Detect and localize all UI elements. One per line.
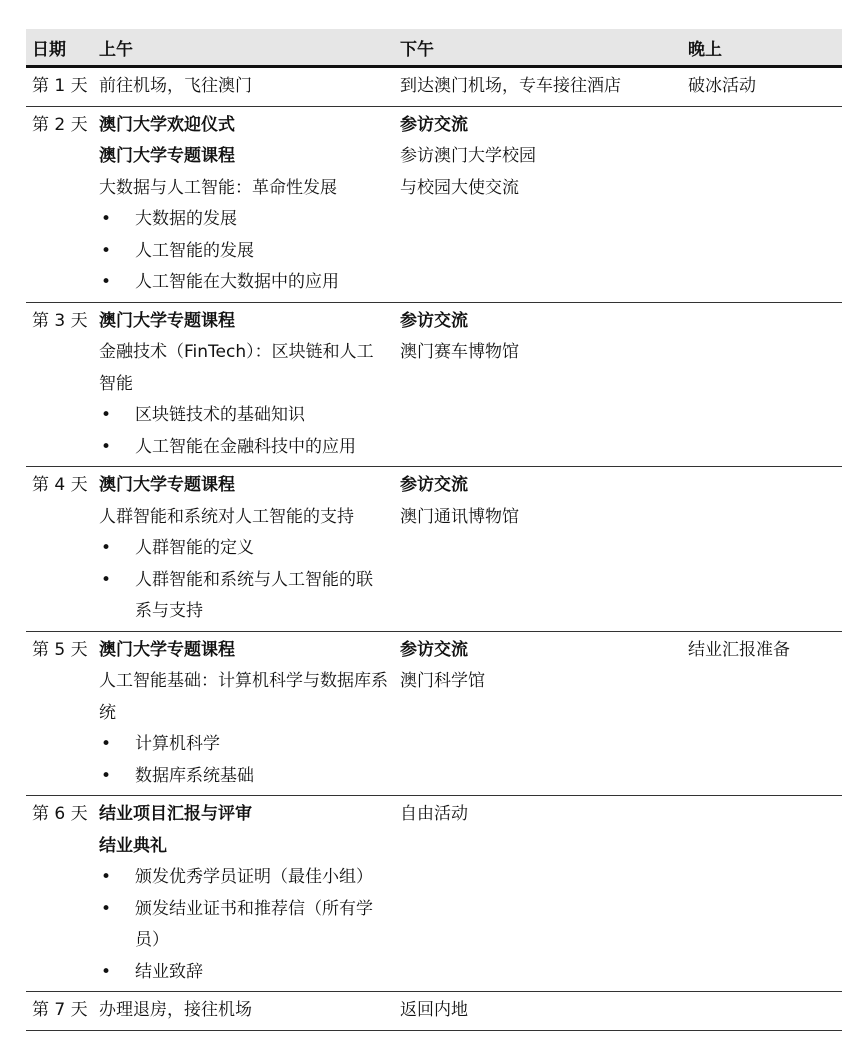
bullet-item: •数据库系统基础: [99, 761, 388, 793]
bullet-text: 数据库系统基础: [135, 761, 388, 793]
bullet-item: •大数据的发展: [99, 204, 388, 236]
activity-detail: 澳门赛车博物馆: [400, 337, 678, 369]
bullet-icon: •: [99, 236, 135, 268]
session-title: 澳门大学专题课程: [99, 306, 388, 338]
session-topic: 办理退房，接往机场: [99, 995, 388, 1027]
header-row: 日期 上午 下午 晚上: [26, 29, 842, 67]
morning-cell: 前往机场，飞往澳门: [93, 67, 394, 107]
bullet-icon: •: [99, 533, 135, 565]
session-title: 澳门大学专题课程: [99, 635, 388, 667]
morning-cell: 结业项目汇报与评审结业典礼•颁发优秀学员证明（最佳小组）•颁发结业证书和推荐信（…: [93, 796, 394, 992]
day-cell: 第 1 天: [26, 67, 93, 107]
activity-title: 参访交流: [400, 306, 678, 338]
bullet-item: •人工智能在大数据中的应用: [99, 267, 388, 299]
session-title: 澳门大学专题课程: [99, 141, 388, 173]
bullet-text: 人工智能在大数据中的应用: [135, 267, 388, 299]
activity-detail: 澳门科学馆: [400, 666, 678, 698]
table-row: 第 2 天澳门大学欢迎仪式澳门大学专题课程大数据与人工智能：革命性发展•大数据的…: [26, 106, 842, 302]
day-cell: 第 5 天: [26, 631, 93, 796]
evening-cell: 破冰活动: [682, 67, 842, 107]
bullet-item: •区块链技术的基础知识: [99, 400, 388, 432]
itinerary-table: 日期 上午 下午 晚上 第 1 天前往机场，飞往澳门到达澳门机场，专车接往酒店破…: [26, 29, 842, 1031]
bullet-item: •颁发结业证书和推荐信（所有学员）: [99, 894, 388, 957]
bullet-icon: •: [99, 729, 135, 761]
bullet-icon: •: [99, 565, 135, 628]
bullet-item: •人工智能在金融科技中的应用: [99, 432, 388, 464]
day-cell: 第 7 天: [26, 992, 93, 1031]
session-topic: 人工智能基础：计算机科学与数据库系统: [99, 666, 388, 729]
table-row: 第 1 天前往机场，飞往澳门到达澳门机场，专车接往酒店破冰活动: [26, 67, 842, 107]
table-row: 第 5 天澳门大学专题课程人工智能基础：计算机科学与数据库系统•计算机科学•数据…: [26, 631, 842, 796]
morning-cell: 澳门大学欢迎仪式澳门大学专题课程大数据与人工智能：革命性发展•大数据的发展•人工…: [93, 106, 394, 302]
afternoon-cell: 自由活动: [394, 796, 682, 992]
bullet-icon: •: [99, 862, 135, 894]
session-title: 澳门大学专题课程: [99, 470, 388, 502]
session-title: 澳门大学欢迎仪式: [99, 110, 388, 142]
bullet-item: •人群智能和系统与人工智能的联系与支持: [99, 565, 388, 628]
activity-title: 参访交流: [400, 635, 678, 667]
afternoon-cell: 到达澳门机场，专车接往酒店: [394, 67, 682, 107]
bullet-text: 结业致辞: [135, 957, 388, 989]
afternoon-cell: 返回内地: [394, 992, 682, 1031]
afternoon-cell: 参访交流澳门科学馆: [394, 631, 682, 796]
day-cell: 第 3 天: [26, 302, 93, 467]
activity-title: 参访交流: [400, 470, 678, 502]
bullet-icon: •: [99, 761, 135, 793]
session-topic: 前往机场，飞往澳门: [99, 71, 388, 103]
bullet-text: 人工智能的发展: [135, 236, 388, 268]
table-row: 第 7 天办理退房，接往机场返回内地: [26, 992, 842, 1031]
bullet-text: 大数据的发展: [135, 204, 388, 236]
bullet-icon: •: [99, 267, 135, 299]
day-cell: 第 2 天: [26, 106, 93, 302]
evening-cell: [682, 467, 842, 632]
bullet-text: 颁发优秀学员证明（最佳小组）: [135, 862, 388, 894]
day-cell: 第 6 天: [26, 796, 93, 992]
bullet-text: 人群智能的定义: [135, 533, 388, 565]
bullet-item: •人工智能的发展: [99, 236, 388, 268]
table-body: 第 1 天前往机场，飞往澳门到达澳门机场，专车接往酒店破冰活动第 2 天澳门大学…: [26, 67, 842, 1031]
bullet-item: •计算机科学: [99, 729, 388, 761]
activity-detail: 与校园大使交流: [400, 173, 678, 205]
bullet-text: 颁发结业证书和推荐信（所有学员）: [135, 894, 388, 957]
afternoon-cell: 参访交流澳门赛车博物馆: [394, 302, 682, 467]
session-topic: 人群智能和系统对人工智能的支持: [99, 502, 388, 534]
bullet-item: •人群智能的定义: [99, 533, 388, 565]
evening-cell: [682, 106, 842, 302]
day-cell: 第 4 天: [26, 467, 93, 632]
afternoon-cell: 参访交流澳门通讯博物馆: [394, 467, 682, 632]
activity-detail: 参访澳门大学校园: [400, 141, 678, 173]
bullet-item: •颁发优秀学员证明（最佳小组）: [99, 862, 388, 894]
activity-detail: 返回内地: [400, 995, 678, 1027]
table-header: 日期 上午 下午 晚上: [26, 29, 842, 67]
morning-cell: 澳门大学专题课程金融技术（FinTech）：区块链和人工智能•区块链技术的基础知…: [93, 302, 394, 467]
activity-detail: 到达澳门机场，专车接往酒店: [400, 71, 678, 103]
header-evening: 晚上: [682, 29, 842, 67]
activity-detail: 自由活动: [400, 799, 678, 831]
table-row: 第 4 天澳门大学专题课程人群智能和系统对人工智能的支持•人群智能的定义•人群智…: [26, 467, 842, 632]
activity-detail: 澳门通讯博物馆: [400, 502, 678, 534]
bullet-icon: •: [99, 204, 135, 236]
evening-cell: [682, 992, 842, 1031]
bullet-icon: •: [99, 400, 135, 432]
session-title: 结业典礼: [99, 831, 388, 863]
bullet-icon: •: [99, 894, 135, 957]
session-topic: 大数据与人工智能：革命性发展: [99, 173, 388, 205]
morning-cell: 澳门大学专题课程人群智能和系统对人工智能的支持•人群智能的定义•人群智能和系统与…: [93, 467, 394, 632]
evening-cell: 结业汇报准备: [682, 631, 842, 796]
evening-cell: [682, 302, 842, 467]
bullet-text: 人群智能和系统与人工智能的联系与支持: [135, 565, 388, 628]
header-morning: 上午: [93, 29, 394, 67]
bullet-icon: •: [99, 957, 135, 989]
activity-title: 参访交流: [400, 110, 678, 142]
afternoon-cell: 参访交流参访澳门大学校园与校园大使交流: [394, 106, 682, 302]
morning-cell: 办理退房，接往机场: [93, 992, 394, 1031]
evening-cell: [682, 796, 842, 992]
bullet-icon: •: [99, 432, 135, 464]
bullet-text: 计算机科学: [135, 729, 388, 761]
bullet-item: •结业致辞: [99, 957, 388, 989]
table-row: 第 6 天结业项目汇报与评审结业典礼•颁发优秀学员证明（最佳小组）•颁发结业证书…: [26, 796, 842, 992]
morning-cell: 澳门大学专题课程人工智能基础：计算机科学与数据库系统•计算机科学•数据库系统基础: [93, 631, 394, 796]
header-afternoon: 下午: [394, 29, 682, 67]
session-topic: 金融技术（FinTech）：区块链和人工智能: [99, 337, 388, 400]
bullet-text: 人工智能在金融科技中的应用: [135, 432, 388, 464]
bullet-text: 区块链技术的基础知识: [135, 400, 388, 432]
session-title: 结业项目汇报与评审: [99, 799, 388, 831]
table-row: 第 3 天澳门大学专题课程金融技术（FinTech）：区块链和人工智能•区块链技…: [26, 302, 842, 467]
header-day: 日期: [26, 29, 93, 67]
